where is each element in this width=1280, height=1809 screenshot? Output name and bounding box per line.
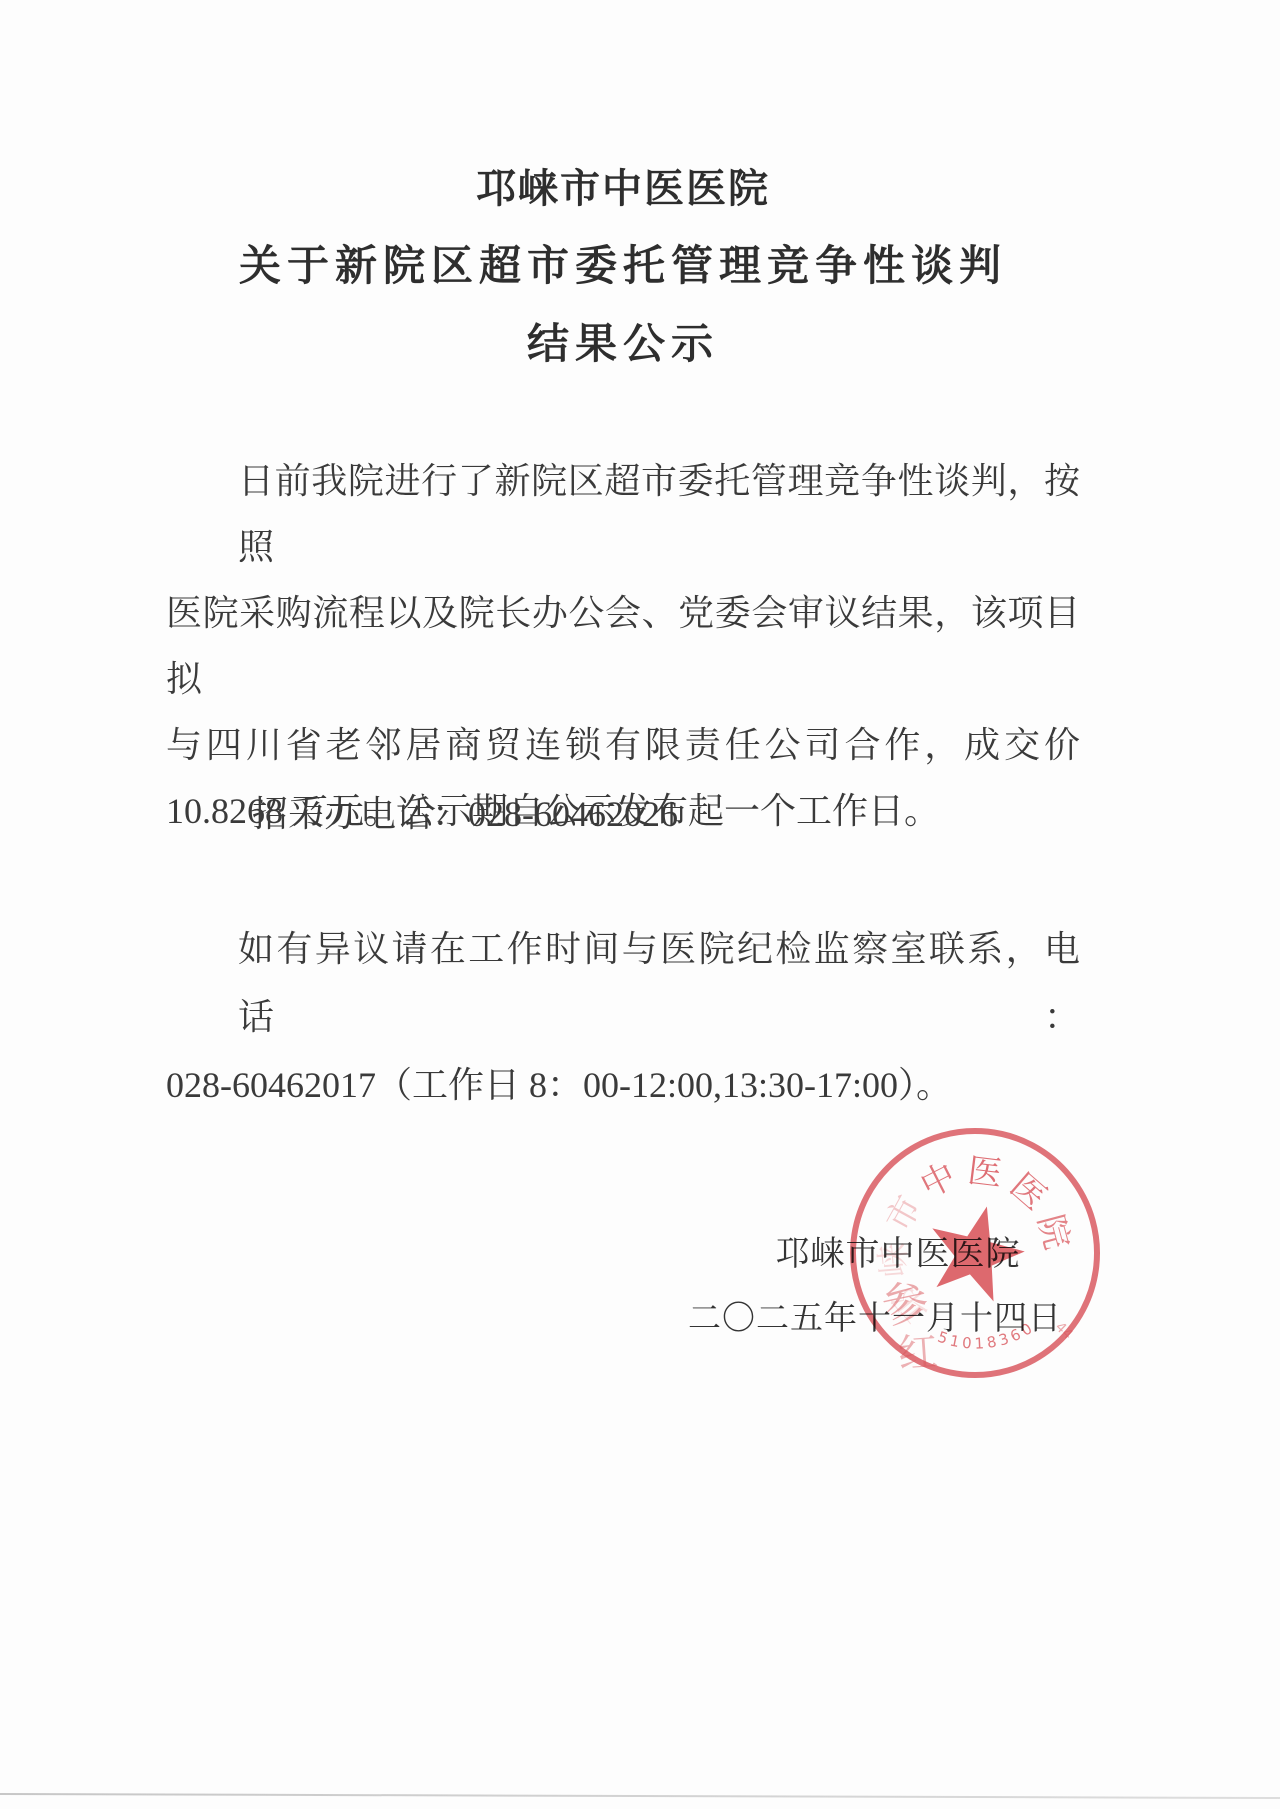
signature-org: 邛崃市中医医院 bbox=[655, 1232, 1095, 1278]
document-title: 邛崃市中医医院 关于新院区超市委托管理竞争性谈判 结果公示 bbox=[166, 150, 1080, 384]
seal-arc-char: 医 bbox=[966, 1153, 1004, 1194]
title-line-3: 结果公示 bbox=[166, 306, 1080, 384]
seal-arc-char: 中 bbox=[914, 1156, 962, 1205]
body-line-2: 医院采购流程以及院长办公会、党委会审议结果，该项目拟 bbox=[166, 580, 1080, 712]
paragraph-2: 如有异议请在工作时间与医院纪检监察室联系，电话： 028-60462017（工作… bbox=[166, 915, 1080, 1119]
title-line-1: 邛崃市中医医院 bbox=[166, 150, 1080, 228]
seal-arc-char: 医 bbox=[1003, 1167, 1053, 1217]
body-line-1: 日前我院进行了新院区超市委托管理竞争性谈判，按照 bbox=[166, 448, 1080, 580]
contact-line: 招采办电话：028-60462026 bbox=[166, 781, 1080, 847]
body-line-3: 与四川省老邻居商贸连锁有限责任公司合作，成交价 bbox=[166, 712, 1080, 778]
signature-block: 邛崃市中医医院 二〇二五年十一月十四日 bbox=[655, 1232, 1095, 1341]
title-line-2: 关于新院区超市委托管理竞争性谈判 bbox=[166, 228, 1080, 306]
paragraph-2-line-2: 028-60462017（工作日 8：00-12:00,13:30-17:00）… bbox=[166, 1051, 1080, 1119]
signature-date: 二〇二五年十一月十四日 bbox=[655, 1297, 1095, 1341]
paragraph-2-line-1: 如有异议请在工作时间与医院纪检监察室联系，电话： bbox=[166, 915, 1080, 1051]
seal-arc-char: 市 bbox=[880, 1190, 929, 1238]
scanned-document-page: 邛崃市中医医院 关于新院区超市委托管理竞争性谈判 结果公示 日前我院进行了新院区… bbox=[0, 0, 1280, 1809]
page-edge-line bbox=[0, 1793, 1280, 1799]
